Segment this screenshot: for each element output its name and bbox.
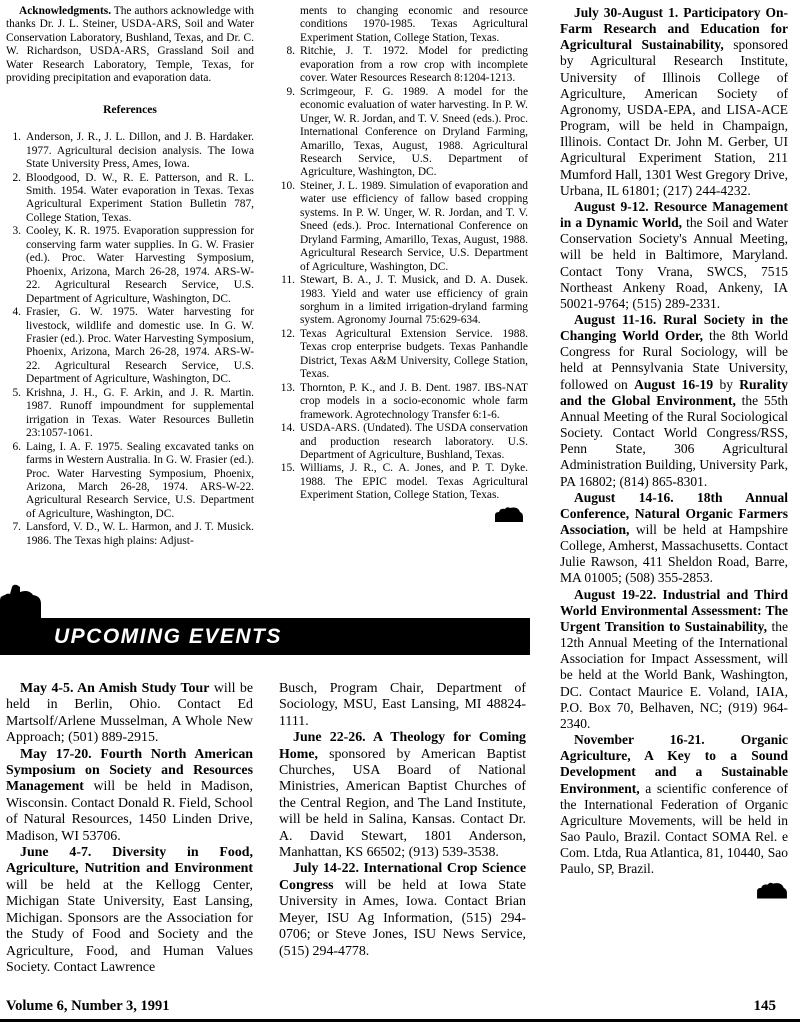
upcoming-events-banner: UPCOMING EVENTS [0, 618, 530, 655]
event-entry: August 11-16. Rural Society in the Chang… [560, 312, 788, 490]
reference-text: Laing, I. A. F. 1975. Sealing excavated … [26, 441, 254, 520]
reference-text: Krishna, J. H., G. F. Arkin, and J. R. M… [26, 387, 254, 439]
references-column-1: Acknowledgments. The authors acknowledge… [6, 5, 254, 578]
bold-run: August 16-19 [634, 377, 713, 392]
event-entry: August 19-22. Industrial and Third World… [560, 587, 788, 732]
reference-continuation: ments to changing economic and resource … [280, 5, 528, 45]
reference-list-1: 1.Anderson, J. R., J. L. Dillon, and J. … [6, 131, 254, 548]
events-column-right: July 30-August 1. Participatory On-Farm … [530, 0, 800, 976]
references-section: Acknowledgments. The authors acknowledge… [0, 0, 530, 578]
section-logo [0, 584, 530, 618]
text-run: the 12th Annual Meeting of the Internati… [560, 619, 788, 731]
reference-entry: 11.Stewart, B. A., J. T. Musick, and D. … [280, 274, 528, 328]
reference-text: Lansford, V. D., W. L. Harmon, and J. T.… [26, 521, 254, 546]
reference-number: 12. [280, 328, 295, 341]
footer-page-number: 145 [754, 998, 777, 1015]
reference-number: 2. [6, 172, 21, 185]
reference-number: 3. [6, 225, 21, 238]
reference-number: 4. [6, 306, 21, 319]
text-run: by [713, 377, 739, 392]
reference-entry: 8.Ritchie, J. T. 1972. Model for predict… [280, 45, 528, 85]
reference-entry: 13.Thornton, P. K., and J. B. Dent. 1987… [280, 382, 528, 422]
upcoming-events-title: UPCOMING EVENTS [54, 625, 282, 649]
event-entry: June 22-26. A Theology for Coming Home, … [279, 730, 526, 861]
events-end-marker [560, 881, 788, 903]
reference-entry: 4.Frasier, G. W. 1975. Water harvesting … [6, 306, 254, 387]
text-run: will be held at the Kellogg Center, Mich… [6, 878, 253, 975]
text-run: sponsored by American Baptist Churches, … [279, 747, 526, 860]
reference-number: 14. [280, 422, 295, 435]
event-entry: August 9-12. Resource Management in a Dy… [560, 199, 788, 312]
reference-text: Stewart, B. A., J. T. Musick, and D. A. … [300, 274, 528, 326]
acknowledgments-paragraph: Acknowledgments. The authors acknowledge… [6, 5, 254, 86]
reference-entry: 1.Anderson, J. R., J. L. Dillon, and J. … [6, 131, 254, 171]
reference-entry: 9.Scrimgeour, F. G. 1989. A model for th… [280, 86, 528, 180]
reference-text: Scrimgeour, F. G. 1989. A model for the … [300, 86, 528, 179]
reference-number: 8. [280, 45, 295, 58]
reference-entry: 3.Cooley, K. R. 1975. Evaporation suppre… [6, 225, 254, 306]
reference-number: 6. [6, 441, 21, 454]
reference-number: 1. [6, 131, 21, 144]
event-entry: August 14-16. 18th Annual Conference, Na… [560, 490, 788, 587]
reference-text: Bloodgood, D. W., R. E. Patterson, and R… [26, 172, 254, 224]
reference-text: Anderson, J. R., J. L. Dillon, and J. B.… [26, 131, 254, 170]
reference-text: Thornton, P. K., and J. B. Dent. 1987. I… [300, 382, 528, 421]
bold-run: June 4-7. Diversity in Food, Agriculture… [6, 845, 253, 876]
references-column-2: ments to changing economic and resource … [280, 5, 528, 578]
events-bottom-section: May 4-5. An Amish Study Tour will be hel… [0, 655, 530, 976]
reference-entry: 6.Laing, I. A. F. 1975. Sealing excavate… [6, 441, 254, 522]
page-body: Acknowledgments. The authors acknowledge… [0, 0, 800, 976]
bold-run: May 4-5. An Amish Study Tour [20, 681, 209, 696]
reference-number: 15. [280, 462, 295, 475]
bold-run: Acknowledgments. [19, 5, 111, 17]
footer-rule [0, 1019, 800, 1022]
text-run: sponsored by Agricultural Research Insti… [560, 37, 788, 197]
reference-text: Williams, J. R., C. A. Jones, and P. T. … [300, 462, 528, 501]
event-entry: July 30-August 1. Participatory On-Farm … [560, 5, 788, 199]
reference-number: 7. [6, 521, 21, 534]
reference-number: 13. [280, 382, 295, 395]
reference-text: Cooley, K. R. 1975. Evaporation suppress… [26, 225, 254, 304]
reference-entry: 5.Krishna, J. H., G. F. Arkin, and J. R.… [6, 387, 254, 441]
footer-volume: Volume 6, Number 3, 1991 [6, 998, 170, 1015]
journal-page: Acknowledgments. The authors acknowledge… [0, 0, 800, 1024]
reference-number: 11. [280, 274, 295, 287]
reference-text: Steiner, J. L. 1989. Simulation of evapo… [300, 180, 528, 273]
event-entry: Busch, Program Chair, Department of Soci… [279, 681, 526, 730]
reference-entry: 15.Williams, J. R., C. A. Jones, and P. … [280, 462, 528, 502]
bold-run: August 19-22. Industrial and Third World… [560, 587, 788, 634]
reference-entry: 14.USDA-ARS. (Undated). The USDA conserv… [280, 422, 528, 462]
event-entry: July 14-22. International Crop Science C… [279, 861, 526, 959]
text-run: Busch, Program Chair, Department of Soci… [279, 681, 526, 729]
reference-number: 9. [280, 86, 295, 99]
events-right-list: July 30-August 1. Participatory On-Farm … [560, 5, 788, 877]
reference-number: 5. [6, 387, 21, 400]
reference-list-2: 8.Ritchie, J. T. 1972. Model for predict… [280, 45, 528, 502]
references-heading: References [6, 103, 254, 116]
reference-text: Frasier, G. W. 1975. Water harvesting fo… [26, 306, 254, 385]
end-of-article-icon [756, 887, 788, 902]
events-column-left: May 4-5. An Amish Study Tour will be hel… [6, 681, 253, 976]
left-area: Acknowledgments. The authors acknowledge… [0, 0, 530, 976]
event-entry: May 17-20. Fourth North American Symposi… [6, 747, 253, 845]
reference-text: Texas Agricultural Extension Service. 19… [300, 328, 528, 380]
reference-entry: 10.Steiner, J. L. 1989. Simulation of ev… [280, 180, 528, 274]
reference-number: 10. [280, 180, 295, 193]
references-end-marker [280, 506, 528, 526]
reference-entry: 7.Lansford, V. D., W. L. Harmon, and J. … [6, 521, 254, 548]
reference-entry: 12.Texas Agricultural Extension Service.… [280, 328, 528, 382]
reference-text: USDA-ARS. (Undated). The USDA conservati… [300, 422, 528, 461]
reference-entry: 2.Bloodgood, D. W., R. E. Patterson, and… [6, 172, 254, 226]
event-entry: May 4-5. An Amish Study Tour will be hel… [6, 681, 253, 747]
events-column-middle: Busch, Program Chair, Department of Soci… [279, 681, 526, 976]
event-entry: November 16-21. Organic Agriculture, A K… [560, 732, 788, 877]
end-of-article-icon [494, 513, 524, 525]
reference-text: Ritchie, J. T. 1972. Model for predictin… [300, 45, 528, 84]
event-entry: June 4-7. Diversity in Food, Agriculture… [6, 845, 253, 976]
